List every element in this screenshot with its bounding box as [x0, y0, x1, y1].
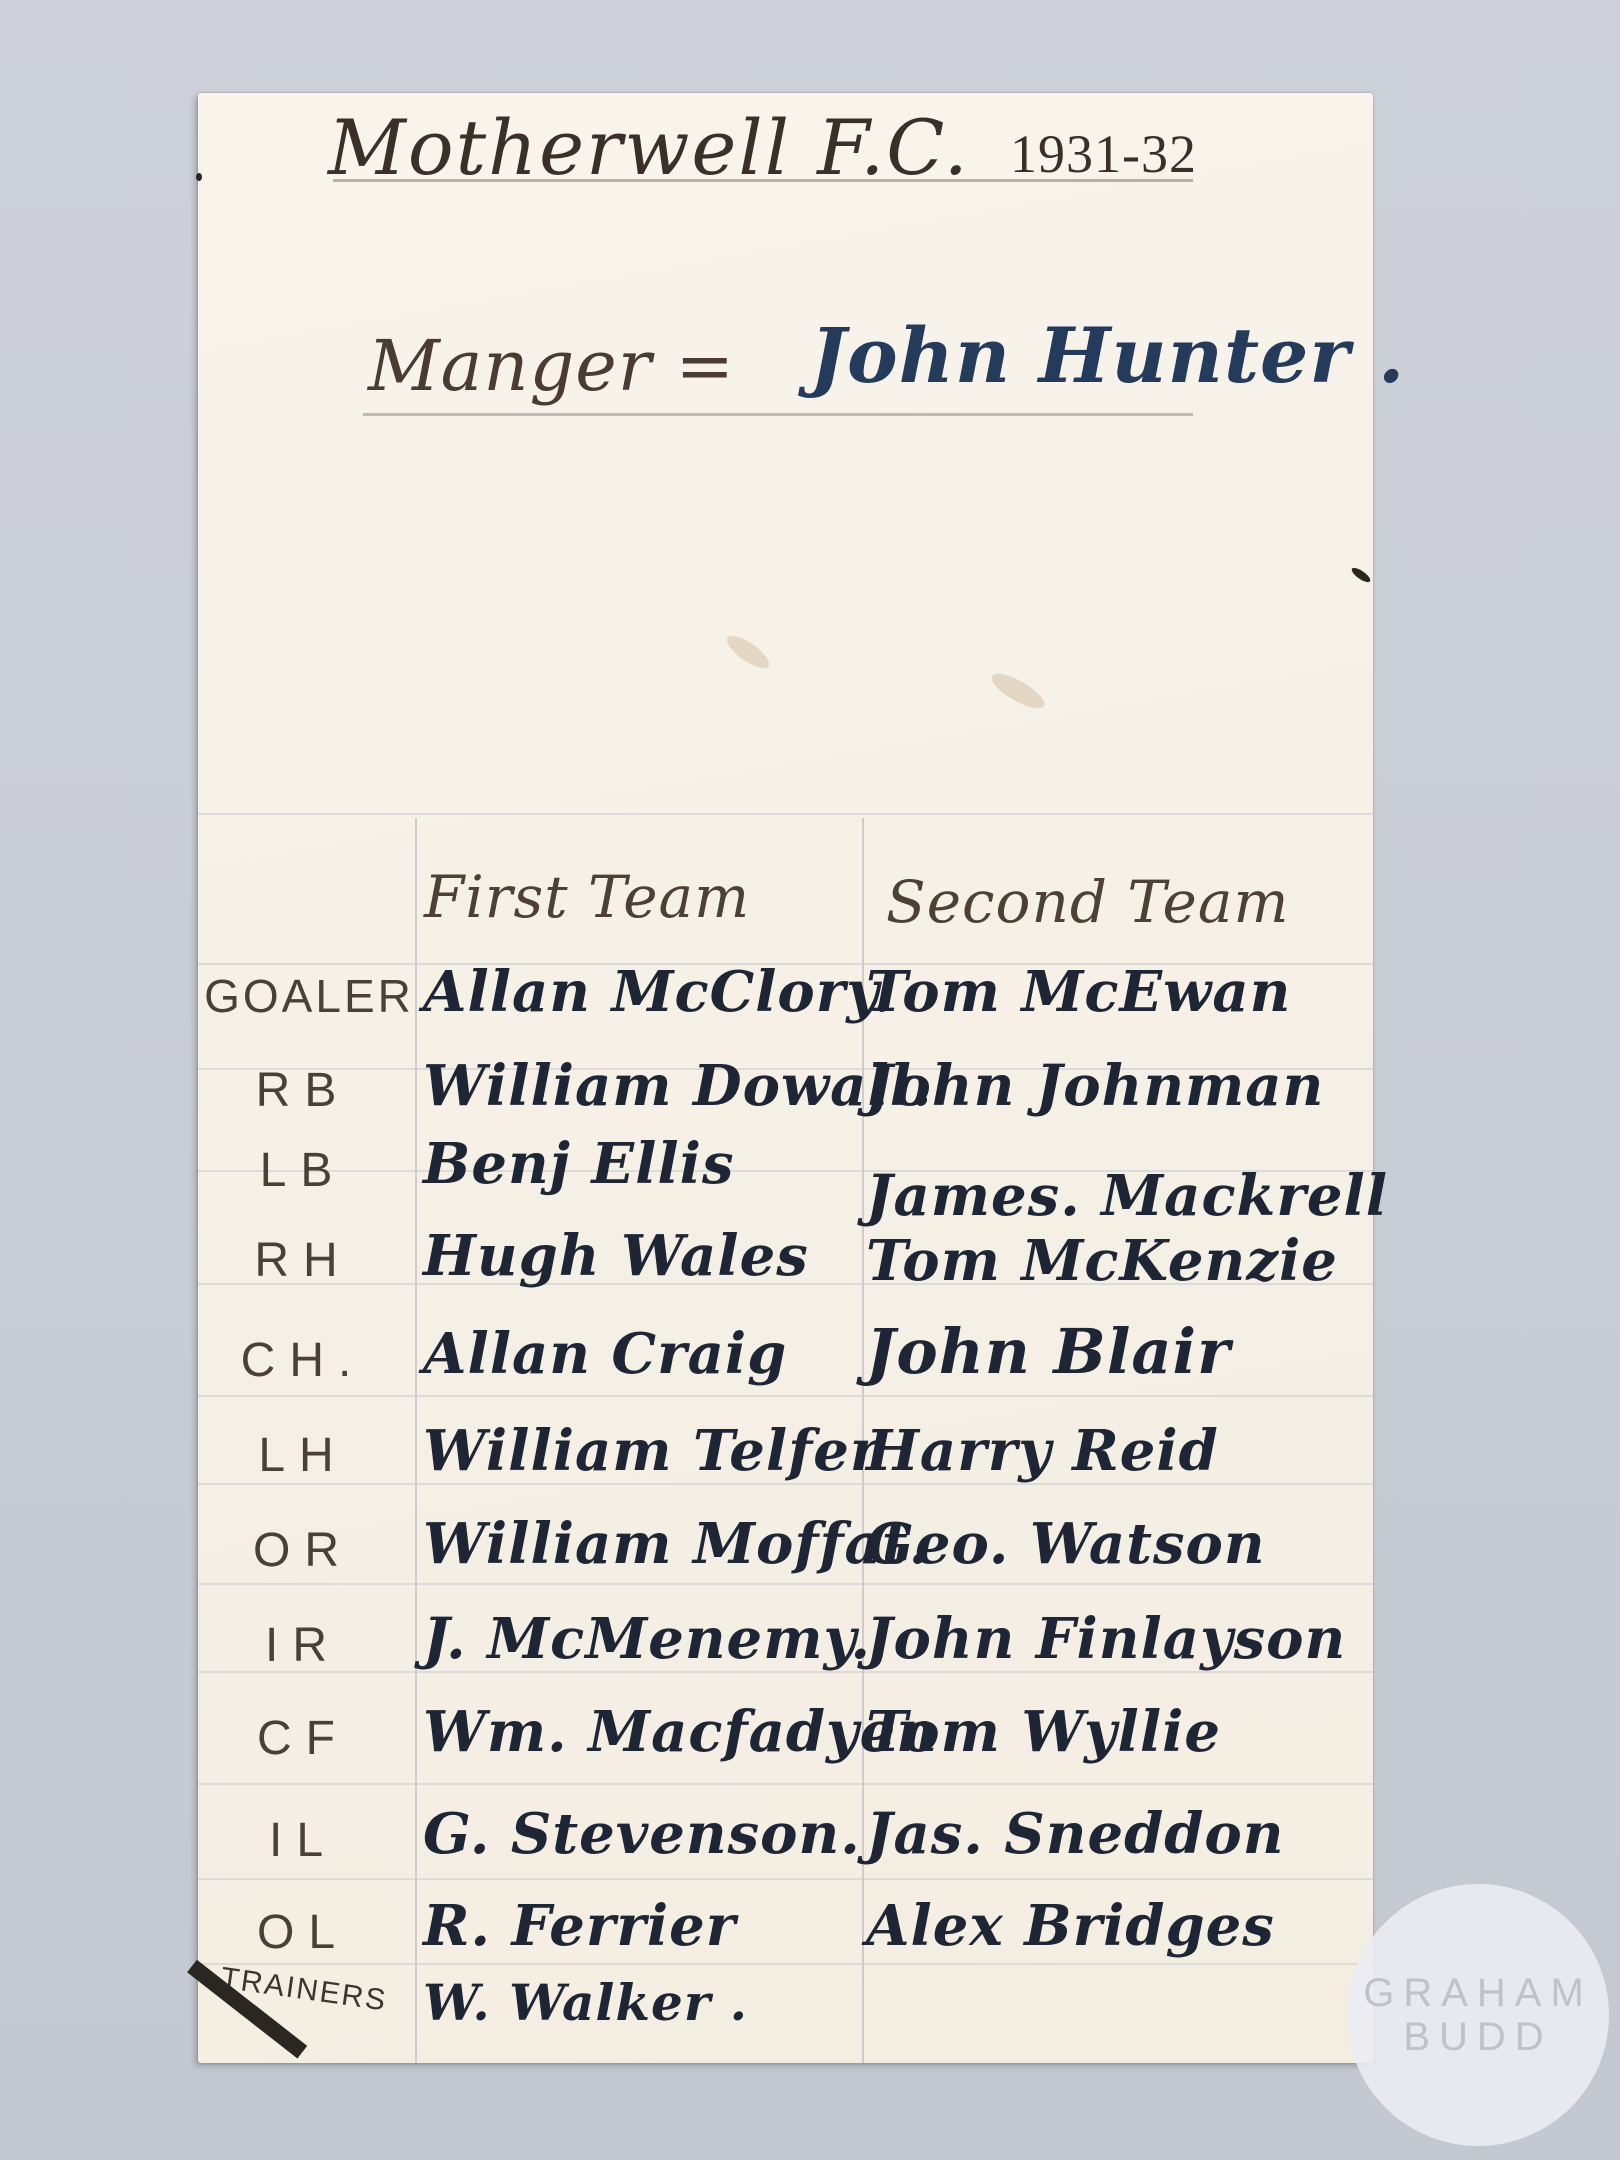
header-second-team: Second Team [886, 868, 1289, 936]
first-team-player: J. McMenemy. [423, 1606, 871, 1672]
second-team-player: Harry Reid [866, 1418, 1219, 1484]
second-team-player: Tom McEwan [866, 959, 1291, 1025]
ruled-line [198, 1395, 1373, 1397]
first-team-player: G. Stevenson. [423, 1801, 861, 1867]
team-sheet-card: Motherwell F.C. 1931-32 Manger = John Hu… [198, 93, 1373, 2063]
position-label: CF [198, 1711, 408, 1766]
second-team-player: James. Mackrell [866, 1163, 1388, 1229]
ruled-line [198, 1878, 1373, 1880]
watermark-line-2: BUDD [1403, 2015, 1552, 2059]
second-team-player: Tom Wyllie [866, 1699, 1221, 1765]
paper-stain [987, 667, 1049, 714]
manager-label: Manger = [368, 325, 735, 407]
ruled-line [198, 1963, 1373, 1965]
position-label: LH [198, 1428, 408, 1483]
position-label: GOALER [204, 969, 414, 1023]
ruled-line [198, 1583, 1373, 1585]
second-team-player: Tom McKenzie [866, 1228, 1338, 1294]
second-team-player: John Blair [866, 1315, 1231, 1388]
first-team-player: William Dowall. [423, 1053, 932, 1119]
first-team-player: Allan McClory. [423, 959, 894, 1025]
second-team-player: Jas. Sneddon [866, 1801, 1284, 1867]
manager-name: John Hunter . [810, 311, 1405, 400]
second-team-player: Geo. Watson [866, 1511, 1266, 1577]
ruled-line [198, 813, 1373, 815]
position-label: RB [198, 1063, 408, 1118]
header-first-team: First Team [424, 863, 750, 931]
first-team-player: William Telfer [423, 1418, 880, 1484]
first-team-player: Benj Ellis [423, 1131, 734, 1197]
position-label: IL [198, 1813, 408, 1868]
first-team-player: R. Ferrier [423, 1893, 736, 1959]
second-team-player: Alex Bridges [866, 1893, 1275, 1959]
position-label: CH. [198, 1333, 408, 1388]
first-team-player: Wm. Macfadyen [423, 1699, 938, 1765]
first-team-player: William Moffat. [423, 1511, 929, 1577]
first-team-player: Allan Craig [423, 1321, 787, 1387]
position-label: OL [198, 1905, 408, 1960]
first-team-player: Hugh Wales [423, 1223, 809, 1289]
position-label: IR [198, 1618, 408, 1673]
position-label: OR [198, 1523, 408, 1578]
title-underline [333, 179, 1193, 182]
manager-underline [363, 413, 1193, 416]
ink-speck [1350, 565, 1373, 584]
first-team-player: W. Walker . [423, 1973, 748, 2032]
watermark-line-1: GRAHAM [1363, 1971, 1593, 2015]
position-label: LB [198, 1143, 408, 1198]
ruled-line [198, 1783, 1373, 1785]
season-year: 1931-32 [1010, 123, 1197, 185]
second-team-player: John Finlayson [866, 1606, 1346, 1672]
ink-speck [196, 173, 202, 181]
column-divider [415, 818, 417, 2063]
watermark-logo: GRAHAM BUDD [1347, 1884, 1609, 2146]
second-team-player: John Johnman [866, 1053, 1324, 1119]
paper-stain [722, 630, 773, 673]
position-label: RH [198, 1233, 408, 1288]
